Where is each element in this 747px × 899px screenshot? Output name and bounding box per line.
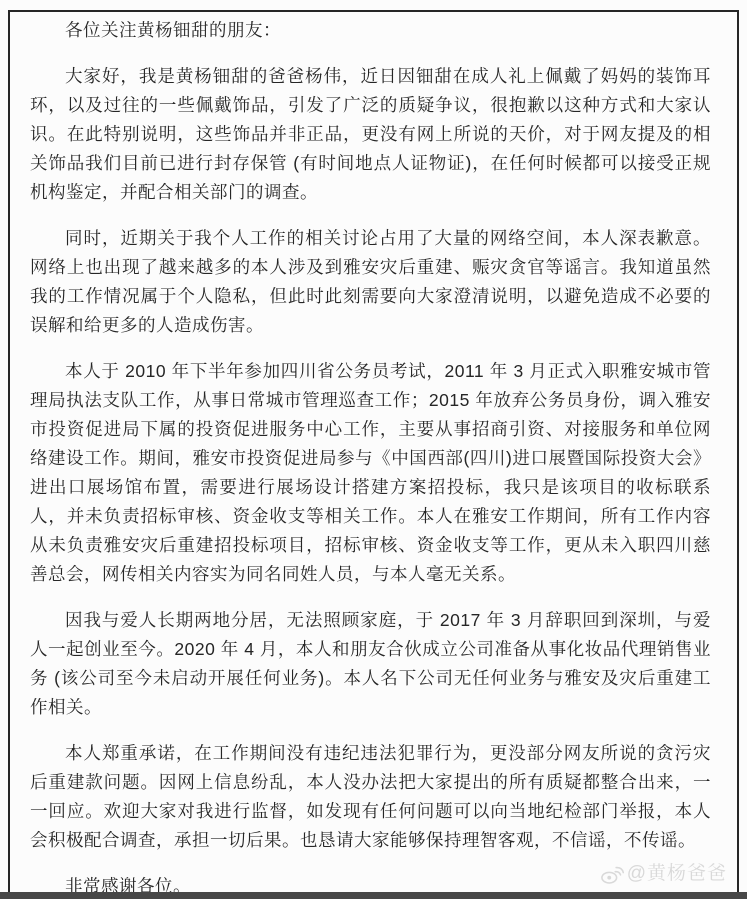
statement-page: 各位关注黄杨钿甜的朋友： 大家好，我是黄杨钿甜的爸爸杨伟，近日因钿甜在成人礼上佩…	[0, 0, 747, 899]
statement-paragraph: 本人郑重承诺，在工作期间没有违纪违法犯罪行为，更没部分网友所说的贪污灾后重建款问…	[30, 739, 711, 855]
bottom-bar	[0, 892, 747, 899]
statement-paragraph: 本人于 2010 年下半年参加四川省公务员考试，2011 年 3 月正式入职雅安…	[30, 357, 711, 589]
weibo-logo-icon	[600, 863, 624, 885]
statement-paragraph: 大家好，我是黄杨钿甜的爸爸杨伟，近日因钿甜在成人礼上佩戴了妈妈的装饰耳环，以及过…	[30, 62, 711, 207]
salutation: 各位关注黄杨钿甜的朋友：	[30, 16, 711, 45]
watermark: @黄杨爸爸	[600, 859, 727, 888]
watermark-handle: @黄杨爸爸	[627, 859, 727, 888]
document-frame: 各位关注黄杨钿甜的朋友： 大家好，我是黄杨钿甜的爸爸杨伟，近日因钿甜在成人礼上佩…	[8, 10, 739, 899]
statement-paragraph: 因我与爱人长期两地分居，无法照顾家庭，于 2017 年 3 月辞职回到深圳，与爱…	[30, 606, 711, 722]
statement-body: 大家好，我是黄杨钿甜的爸爸杨伟，近日因钿甜在成人礼上佩戴了妈妈的装饰耳环，以及过…	[30, 62, 711, 855]
statement-paragraph: 同时，近期关于我个人工作的相关讨论占用了大量的网络空间，本人深表歉意。网络上也出…	[30, 224, 711, 340]
